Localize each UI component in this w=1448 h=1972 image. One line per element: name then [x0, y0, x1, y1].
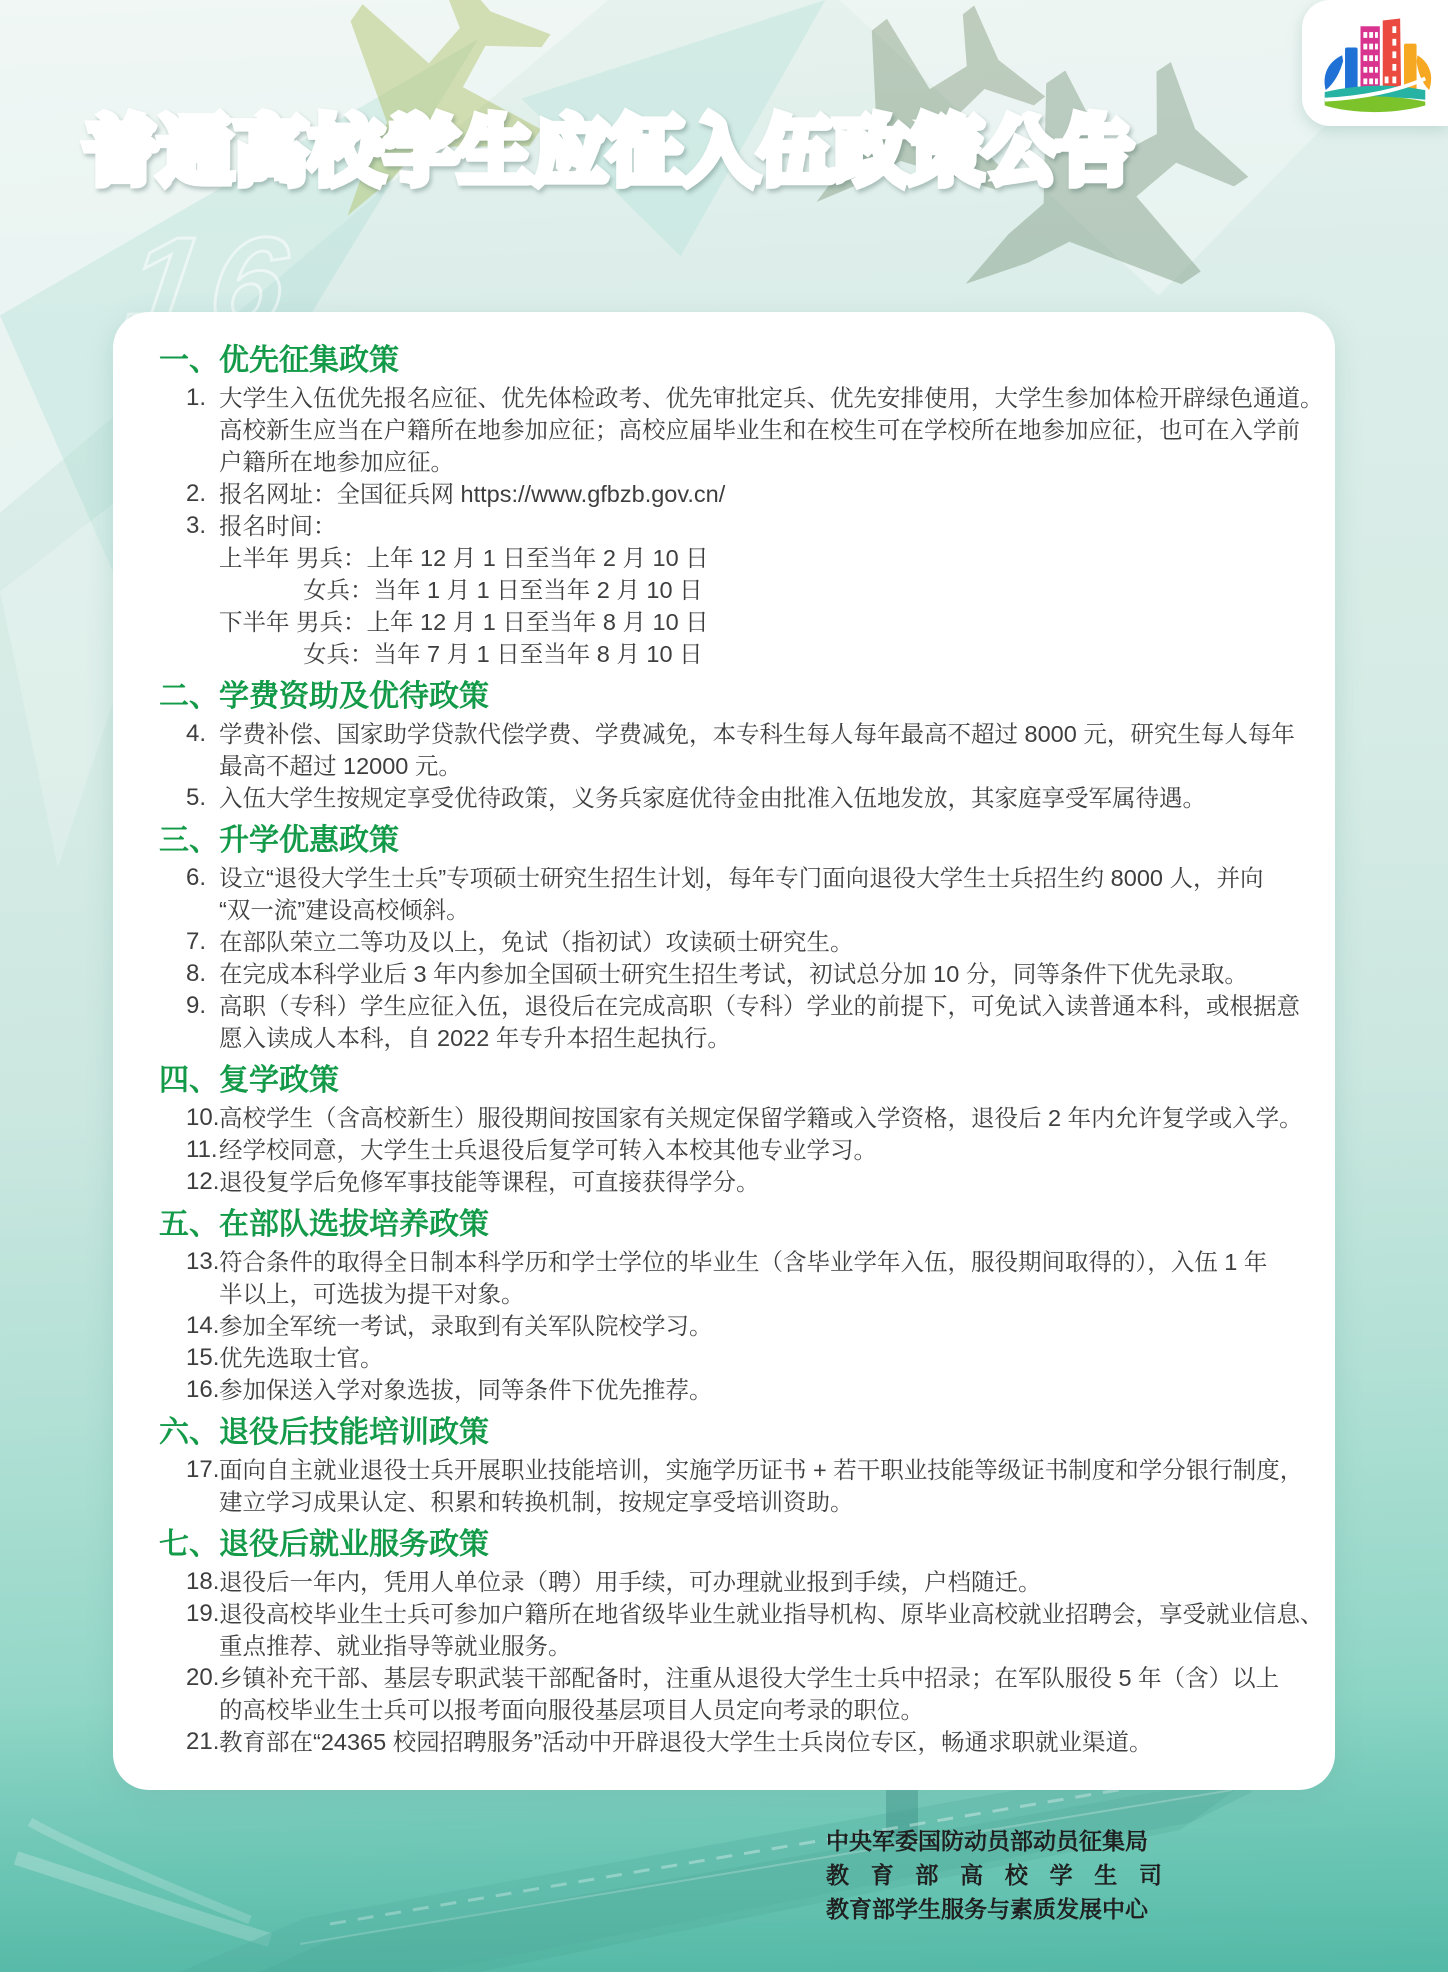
item-text-line: 在完成本科学业后 3 年内参加全国硕士研究生招生考试，初试总分加 10 分，同等… [219, 958, 1305, 990]
section-heading: 二、学费资助及优待政策 [159, 680, 1305, 714]
item-text-line: 入伍大学生按规定享受优待政策，义务兵家庭优待金由批准入伍地发放，其家庭享受军属待… [219, 782, 1305, 814]
item-text-line: 高职（专科）学生应征入伍，退役后在完成高职（专科）学业的前提下，可免试入读普通本… [219, 990, 1305, 1022]
item-number: 5. [186, 782, 219, 814]
policy-item: 5.入伍大学生按规定享受优待政策，义务兵家庭优待金由批准入伍地发放，其家庭享受军… [159, 782, 1305, 814]
section-heading: 三、升学优惠政策 [159, 824, 1305, 858]
policy-item: 6.设立“退役大学生士兵”专项硕士研究生招生计划，每年专门面向退役大学生士兵招生… [159, 862, 1305, 926]
item-number: 13. [186, 1246, 219, 1310]
item-text-line: 退役高校毕业生士兵可参加户籍所在地省级毕业生就业指导机构、原毕业高校就业招聘会，… [219, 1598, 1305, 1630]
item-number: 4. [186, 718, 219, 782]
item-text-line: 户籍所在地参加应征。 [219, 446, 1305, 478]
policy-item: 2.报名网址：全国征兵网 https://www.gfbzb.gov.cn/ [159, 478, 1305, 510]
item-text: 学费补偿、国家助学贷款代偿学费、学费减免，本专科生每人每年最高不超过 8000 … [219, 718, 1305, 782]
city-wings-logo [1317, 12, 1433, 114]
item-text-line: 退役后一年内，凭用人单位录（聘）用手续，可办理就业报到手续，户档随迁。 [219, 1566, 1305, 1598]
item-text: 大学生入伍优先报名应征、优先体检政考、优先审批定兵、优先安排使用，大学生参加体检… [219, 382, 1305, 478]
item-number: 12. [186, 1166, 219, 1198]
item-number: 6. [186, 862, 219, 926]
item-text-line: 乡镇补充干部、基层专职武装干部配备时，注重从退役大学生士兵中招录；在军队服役 5… [219, 1662, 1305, 1694]
policy-section: 五、在部队选拔培养政策13.符合条件的取得全日制本科学历和学士学位的毕业生（含毕… [159, 1208, 1305, 1406]
policy-item: 9.高职（专科）学生应征入伍，退役后在完成高职（专科）学业的前提下，可免试入读普… [159, 990, 1305, 1054]
poster-root: 16 [0, 0, 1448, 1972]
item-text: 报名时间： [219, 510, 1305, 542]
policy-card: 一、优先征集政策1.大学生入伍优先报名应征、优先体检政考、优先审批定兵、优先安排… [113, 312, 1335, 1790]
sections-container: 一、优先征集政策1.大学生入伍优先报名应征、优先体检政考、优先审批定兵、优先安排… [159, 344, 1305, 1758]
item-text-line: 半以上，可选拔为提干对象。 [219, 1278, 1305, 1310]
item-text: 经学校同意，大学生士兵退役后复学可转入本校其他专业学习。 [219, 1134, 1305, 1166]
policy-item: 7.在部队荣立二等功及以上，免试（指初试）攻读硕士研究生。 [159, 926, 1305, 958]
item-text-line: 教育部在“24365 校园招聘服务”活动中开辟退役大学生士兵岗位专区，畅通求职就… [219, 1726, 1305, 1758]
policy-item: 15.优先选取士官。 [159, 1342, 1305, 1374]
item-text: 在部队荣立二等功及以上，免试（指初试）攻读硕士研究生。 [219, 926, 1305, 958]
item-number: 7. [186, 926, 219, 958]
policy-item: 19.退役高校毕业生士兵可参加户籍所在地省级毕业生就业指导机构、原毕业高校就业招… [159, 1598, 1305, 1662]
item-text-line: 参加全军统一考试，录取到有关军队院校学习。 [219, 1310, 1305, 1342]
policy-item: 16.参加保送入学对象选拔，同等条件下优先推荐。 [159, 1374, 1305, 1406]
item-text-line: “双一流”建设高校倾斜。 [219, 894, 1305, 926]
item-text-line: 参加保送入学对象选拔，同等条件下优先推荐。 [219, 1374, 1305, 1406]
issuer-line-2: 教育部高校学生司 [826, 1858, 1162, 1892]
policy-item: 20.乡镇补充干部、基层专职武装干部配备时，注重从退役大学生士兵中招录；在军队服… [159, 1662, 1305, 1726]
schedule-line: 下半年 男兵：上年 12 月 1 日至当年 8 月 10 日 [219, 606, 1305, 638]
section-heading: 五、在部队选拔培养政策 [159, 1208, 1305, 1242]
policy-item: 17.面向自主就业退役士兵开展职业技能培训，实施学历证书 + 若干职业技能等级证… [159, 1454, 1305, 1518]
item-text-line: 报名时间： [219, 510, 1305, 542]
page-title: 普通高校学生应征入伍政策公告 [84, 106, 1134, 199]
item-number: 21. [186, 1726, 219, 1758]
policy-section: 四、复学政策10.高校学生（含高校新生）服役期间按国家有关规定保留学籍或入学资格… [159, 1064, 1305, 1198]
item-text-line: 高校新生应当在户籍所在地参加应征；高校应届毕业生和在校生可在学校所在地参加应征，… [219, 414, 1305, 446]
item-text: 优先选取士官。 [219, 1342, 1305, 1374]
item-text: 高校学生（含高校新生）服役期间按国家有关规定保留学籍或入学资格，退役后 2 年内… [219, 1102, 1305, 1134]
section-heading: 六、退役后技能培训政策 [159, 1416, 1305, 1450]
item-text-line: 报名网址：全国征兵网 https://www.gfbzb.gov.cn/ [219, 478, 1305, 510]
item-text: 高职（专科）学生应征入伍，退役后在完成高职（专科）学业的前提下，可免试入读普通本… [219, 990, 1305, 1054]
schedule-line: 女兵：当年 1 月 1 日至当年 2 月 10 日 [303, 574, 1305, 606]
item-number: 11. [186, 1134, 219, 1166]
item-text-line: 愿入读成人本科，自 2022 年专升本招生起执行。 [219, 1022, 1305, 1054]
issuer-line-3: 教育部学生服务与素质发展中心 [826, 1892, 1162, 1926]
item-number: 3. [186, 510, 219, 542]
item-text-line: 建立学习成果认定、积累和转换机制，按规定享受培训资助。 [219, 1486, 1305, 1518]
policy-item: 14.参加全军统一考试，录取到有关军队院校学习。 [159, 1310, 1305, 1342]
item-text: 参加保送入学对象选拔，同等条件下优先推荐。 [219, 1374, 1305, 1406]
policy-item: 3.报名时间： [159, 510, 1305, 542]
section-heading: 七、退役后就业服务政策 [159, 1528, 1305, 1562]
item-text: 教育部在“24365 校园招聘服务”活动中开辟退役大学生士兵岗位专区，畅通求职就… [219, 1726, 1305, 1758]
policy-section: 七、退役后就业服务政策18.退役后一年内，凭用人单位录（聘）用手续，可办理就业报… [159, 1528, 1305, 1758]
item-text-line: 设立“退役大学生士兵”专项硕士研究生招生计划，每年专门面向退役大学生士兵招生约 … [219, 862, 1305, 894]
item-number: 2. [186, 478, 219, 510]
item-number: 8. [186, 958, 219, 990]
section-heading: 四、复学政策 [159, 1064, 1305, 1098]
item-text: 面向自主就业退役士兵开展职业技能培训，实施学历证书 + 若干职业技能等级证书制度… [219, 1454, 1305, 1518]
policy-section: 六、退役后技能培训政策17.面向自主就业退役士兵开展职业技能培训，实施学历证书 … [159, 1416, 1305, 1518]
item-number: 9. [186, 990, 219, 1054]
item-text: 符合条件的取得全日制本科学历和学士学位的毕业生（含毕业学年入伍，服役期间取得的）… [219, 1246, 1305, 1310]
logo-card [1302, 0, 1448, 126]
item-number: 14. [186, 1310, 219, 1342]
item-number: 17. [186, 1454, 219, 1518]
item-text-line: 符合条件的取得全日制本科学历和学士学位的毕业生（含毕业学年入伍，服役期间取得的）… [219, 1246, 1305, 1278]
item-number: 20. [186, 1662, 219, 1726]
item-text: 乡镇补充干部、基层专职武装干部配备时，注重从退役大学生士兵中招录；在军队服役 5… [219, 1662, 1305, 1726]
item-number: 1. [186, 382, 219, 478]
policy-section: 二、学费资助及优待政策4.学费补偿、国家助学贷款代偿学费、学费减免，本专科生每人… [159, 680, 1305, 814]
item-text: 设立“退役大学生士兵”专项硕士研究生招生计划，每年专门面向退役大学生士兵招生约 … [219, 862, 1305, 926]
item-number: 16. [186, 1374, 219, 1406]
item-text-line: 优先选取士官。 [219, 1342, 1305, 1374]
policy-item: 4.学费补偿、国家助学贷款代偿学费、学费减免，本专科生每人每年最高不超过 800… [159, 718, 1305, 782]
item-text: 报名网址：全国征兵网 https://www.gfbzb.gov.cn/ [219, 478, 1305, 510]
policy-section: 一、优先征集政策1.大学生入伍优先报名应征、优先体检政考、优先审批定兵、优先安排… [159, 344, 1305, 670]
item-text: 参加全军统一考试，录取到有关军队院校学习。 [219, 1310, 1305, 1342]
policy-section: 三、升学优惠政策6.设立“退役大学生士兵”专项硕士研究生招生计划，每年专门面向退… [159, 824, 1305, 1054]
policy-item: 8.在完成本科学业后 3 年内参加全国硕士研究生招生考试，初试总分加 10 分，… [159, 958, 1305, 990]
item-text: 入伍大学生按规定享受优待政策，义务兵家庭优待金由批准入伍地发放，其家庭享受军属待… [219, 782, 1305, 814]
policy-item: 11.经学校同意，大学生士兵退役后复学可转入本校其他专业学习。 [159, 1134, 1305, 1166]
schedule-line: 女兵：当年 7 月 1 日至当年 8 月 10 日 [303, 638, 1305, 670]
policy-item: 1.大学生入伍优先报名应征、优先体检政考、优先审批定兵、优先安排使用，大学生参加… [159, 382, 1305, 478]
item-text-line: 在部队荣立二等功及以上，免试（指初试）攻读硕士研究生。 [219, 926, 1305, 958]
issuer-line-1: 中央军委国防动员部动员征集局 [826, 1824, 1162, 1858]
section-heading: 一、优先征集政策 [159, 344, 1305, 378]
item-number: 10. [186, 1102, 219, 1134]
item-text-line: 最高不超过 12000 元。 [219, 750, 1305, 782]
item-text-line: 退役复学后免修军事技能等课程，可直接获得学分。 [219, 1166, 1305, 1198]
policy-item: 21.教育部在“24365 校园招聘服务”活动中开辟退役大学生士兵岗位专区，畅通… [159, 1726, 1305, 1758]
issuer-block: 中央军委国防动员部动员征集局 教育部高校学生司 教育部学生服务与素质发展中心 [826, 1824, 1162, 1926]
policy-item: 18.退役后一年内，凭用人单位录（聘）用手续，可办理就业报到手续，户档随迁。 [159, 1566, 1305, 1598]
policy-item: 10.高校学生（含高校新生）服役期间按国家有关规定保留学籍或入学资格，退役后 2… [159, 1102, 1305, 1134]
policy-item: 13.符合条件的取得全日制本科学历和学士学位的毕业生（含毕业学年入伍，服役期间取… [159, 1246, 1305, 1310]
item-text: 退役高校毕业生士兵可参加户籍所在地省级毕业生就业指导机构、原毕业高校就业招聘会，… [219, 1598, 1305, 1662]
item-text-line: 的高校毕业生士兵可以报考面向服役基层项目人员定向考录的职位。 [219, 1694, 1305, 1726]
item-text-line: 高校学生（含高校新生）服役期间按国家有关规定保留学籍或入学资格，退役后 2 年内… [219, 1102, 1305, 1134]
item-text: 退役后一年内，凭用人单位录（聘）用手续，可办理就业报到手续，户档随迁。 [219, 1566, 1305, 1598]
item-number: 18. [186, 1566, 219, 1598]
policy-item: 12.退役复学后免修军事技能等课程，可直接获得学分。 [159, 1166, 1305, 1198]
schedule-line: 上半年 男兵：上年 12 月 1 日至当年 2 月 10 日 [219, 542, 1305, 574]
item-text-line: 面向自主就业退役士兵开展职业技能培训，实施学历证书 + 若干职业技能等级证书制度… [219, 1454, 1305, 1486]
item-text: 在完成本科学业后 3 年内参加全国硕士研究生招生考试，初试总分加 10 分，同等… [219, 958, 1305, 990]
item-text-line: 经学校同意，大学生士兵退役后复学可转入本校其他专业学习。 [219, 1134, 1305, 1166]
item-text-line: 重点推荐、就业指导等就业服务。 [219, 1630, 1305, 1662]
item-number: 19. [186, 1598, 219, 1662]
item-text: 退役复学后免修军事技能等课程，可直接获得学分。 [219, 1166, 1305, 1198]
item-text-line: 大学生入伍优先报名应征、优先体检政考、优先审批定兵、优先安排使用，大学生参加体检… [219, 382, 1305, 414]
item-number: 15. [186, 1342, 219, 1374]
item-text-line: 学费补偿、国家助学贷款代偿学费、学费减免，本专科生每人每年最高不超过 8000 … [219, 718, 1305, 750]
